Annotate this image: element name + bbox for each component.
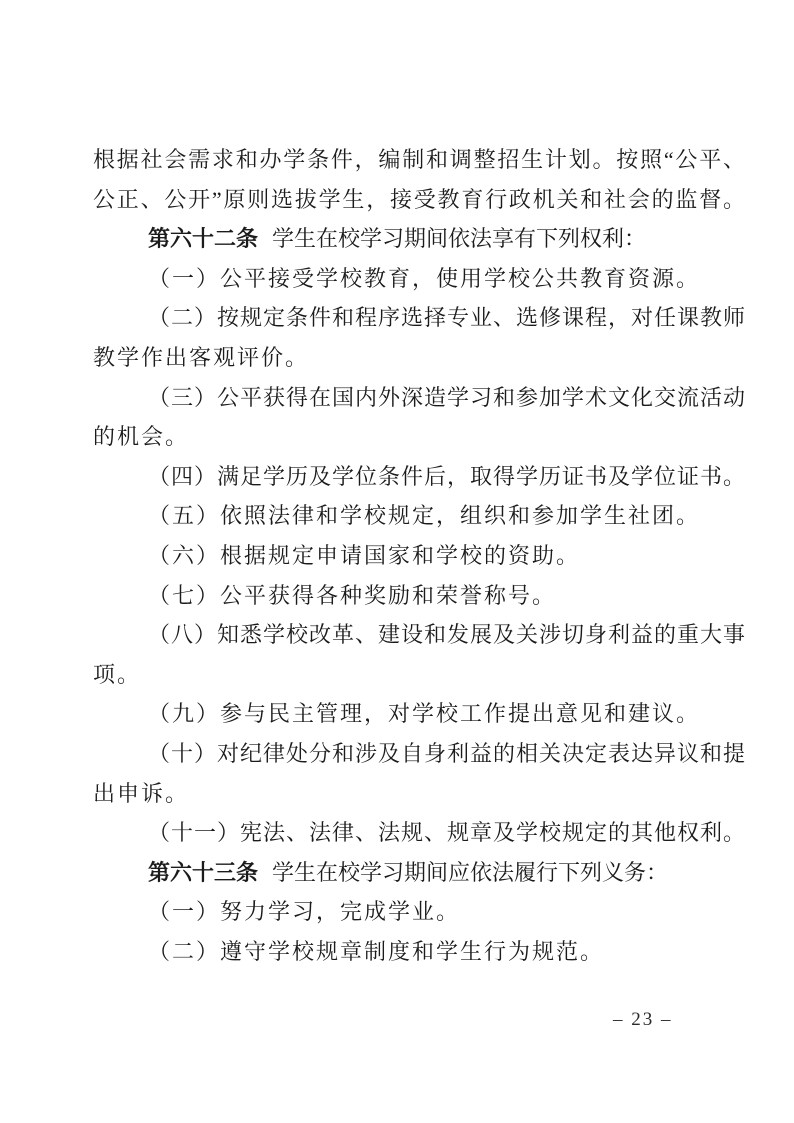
text-line: （七）公平获得各种奖励和荣誉称号。	[93, 576, 745, 616]
text-line: （四）满足学历及学位条件后，取得学历证书及学位证书。	[93, 457, 745, 497]
text-line: 项。	[93, 655, 745, 695]
article-number: 第六十二条	[148, 226, 258, 251]
line-text: 学生在校学习期间应依法履行下列义务：	[272, 860, 668, 885]
text-line: 第六十二条学生在校学习期间依法享有下列权利：	[93, 219, 745, 259]
document-body: 根据社会需求和办学条件，编制和调整招生计划。按照“公平、公正、公开”原则选拔学生…	[93, 140, 745, 971]
line-text: （五）依照法律和学校规定，组织和参加学生社团。	[148, 503, 700, 528]
article-number: 第六十三条	[148, 860, 258, 885]
line-text: 的机会。	[93, 424, 189, 449]
line-text: 公正、公开”原则选拔学生，接受教育行政机关和社会的监督。	[93, 187, 745, 212]
text-line: 根据社会需求和办学条件，编制和调整招生计划。按照“公平、	[93, 140, 745, 180]
line-text: 根据社会需求和办学条件，编制和调整招生计划。按照“公平、	[93, 147, 745, 172]
line-text: （三）公平获得在国内外深造学习和参加学术文化交流活动	[148, 385, 745, 410]
line-text: 项。	[93, 662, 141, 687]
text-line: 第六十三条学生在校学习期间应依法履行下列义务：	[93, 853, 745, 893]
text-line: （十一）宪法、法律、法规、规章及学校规定的其他权利。	[93, 813, 745, 853]
document-page: 根据社会需求和办学条件，编制和调整招生计划。按照“公平、公正、公开”原则选拔学生…	[0, 0, 794, 1123]
line-text: （二）按规定条件和程序选择专业、选修课程，对任课教师	[148, 305, 745, 330]
text-line: （十）对纪律处分和涉及自身利益的相关决定表达异议和提	[93, 734, 745, 774]
line-text: （一）公平接受学校教育，使用学校公共教育资源。	[148, 266, 700, 291]
text-line: 的机会。	[93, 417, 745, 457]
text-line: （六）根据规定申请国家和学校的资助。	[93, 536, 745, 576]
line-text: （九）参与民主管理，对学校工作提出意见和建议。	[148, 701, 700, 726]
text-line: 公正、公开”原则选拔学生，接受教育行政机关和社会的监督。	[93, 180, 745, 220]
text-line: （二）按规定条件和程序选择专业、选修课程，对任课教师	[93, 298, 745, 338]
line-text: 教学作出客观评价。	[93, 345, 309, 370]
line-text: 出申诉。	[93, 781, 189, 806]
text-line: （一）努力学习，完成学业。	[93, 892, 745, 932]
text-line: 出申诉。	[93, 774, 745, 814]
line-text: （四）满足学历及学位条件后，取得学历证书及学位证书。	[148, 464, 745, 489]
text-line: （一）公平接受学校教育，使用学校公共教育资源。	[93, 259, 745, 299]
line-text: （一）努力学习，完成学业。	[148, 899, 460, 924]
text-line: （八）知悉学校改革、建设和发展及关涉切身利益的重大事	[93, 615, 745, 655]
line-text: （七）公平获得各种奖励和荣誉称号。	[148, 583, 556, 608]
page-number: – 23 –	[613, 1009, 673, 1031]
line-text: （八）知悉学校改革、建设和发展及关涉切身利益的重大事	[148, 622, 745, 647]
line-text: （二）遵守学校规章制度和学生行为规范。	[148, 939, 604, 964]
text-line: （九）参与民主管理，对学校工作提出意见和建议。	[93, 694, 745, 734]
text-line: 教学作出客观评价。	[93, 338, 745, 378]
line-text: 学生在校学习期间依法享有下列权利：	[272, 226, 646, 251]
line-text: （十一）宪法、法律、法规、规章及学校规定的其他权利。	[148, 820, 745, 845]
line-text: （六）根据规定申请国家和学校的资助。	[148, 543, 580, 568]
text-line: （二）遵守学校规章制度和学生行为规范。	[93, 932, 745, 972]
line-text: （十）对纪律处分和涉及自身利益的相关决定表达异议和提	[148, 741, 745, 766]
text-line: （五）依照法律和学校规定，组织和参加学生社团。	[93, 496, 745, 536]
text-line: （三）公平获得在国内外深造学习和参加学术文化交流活动	[93, 378, 745, 418]
